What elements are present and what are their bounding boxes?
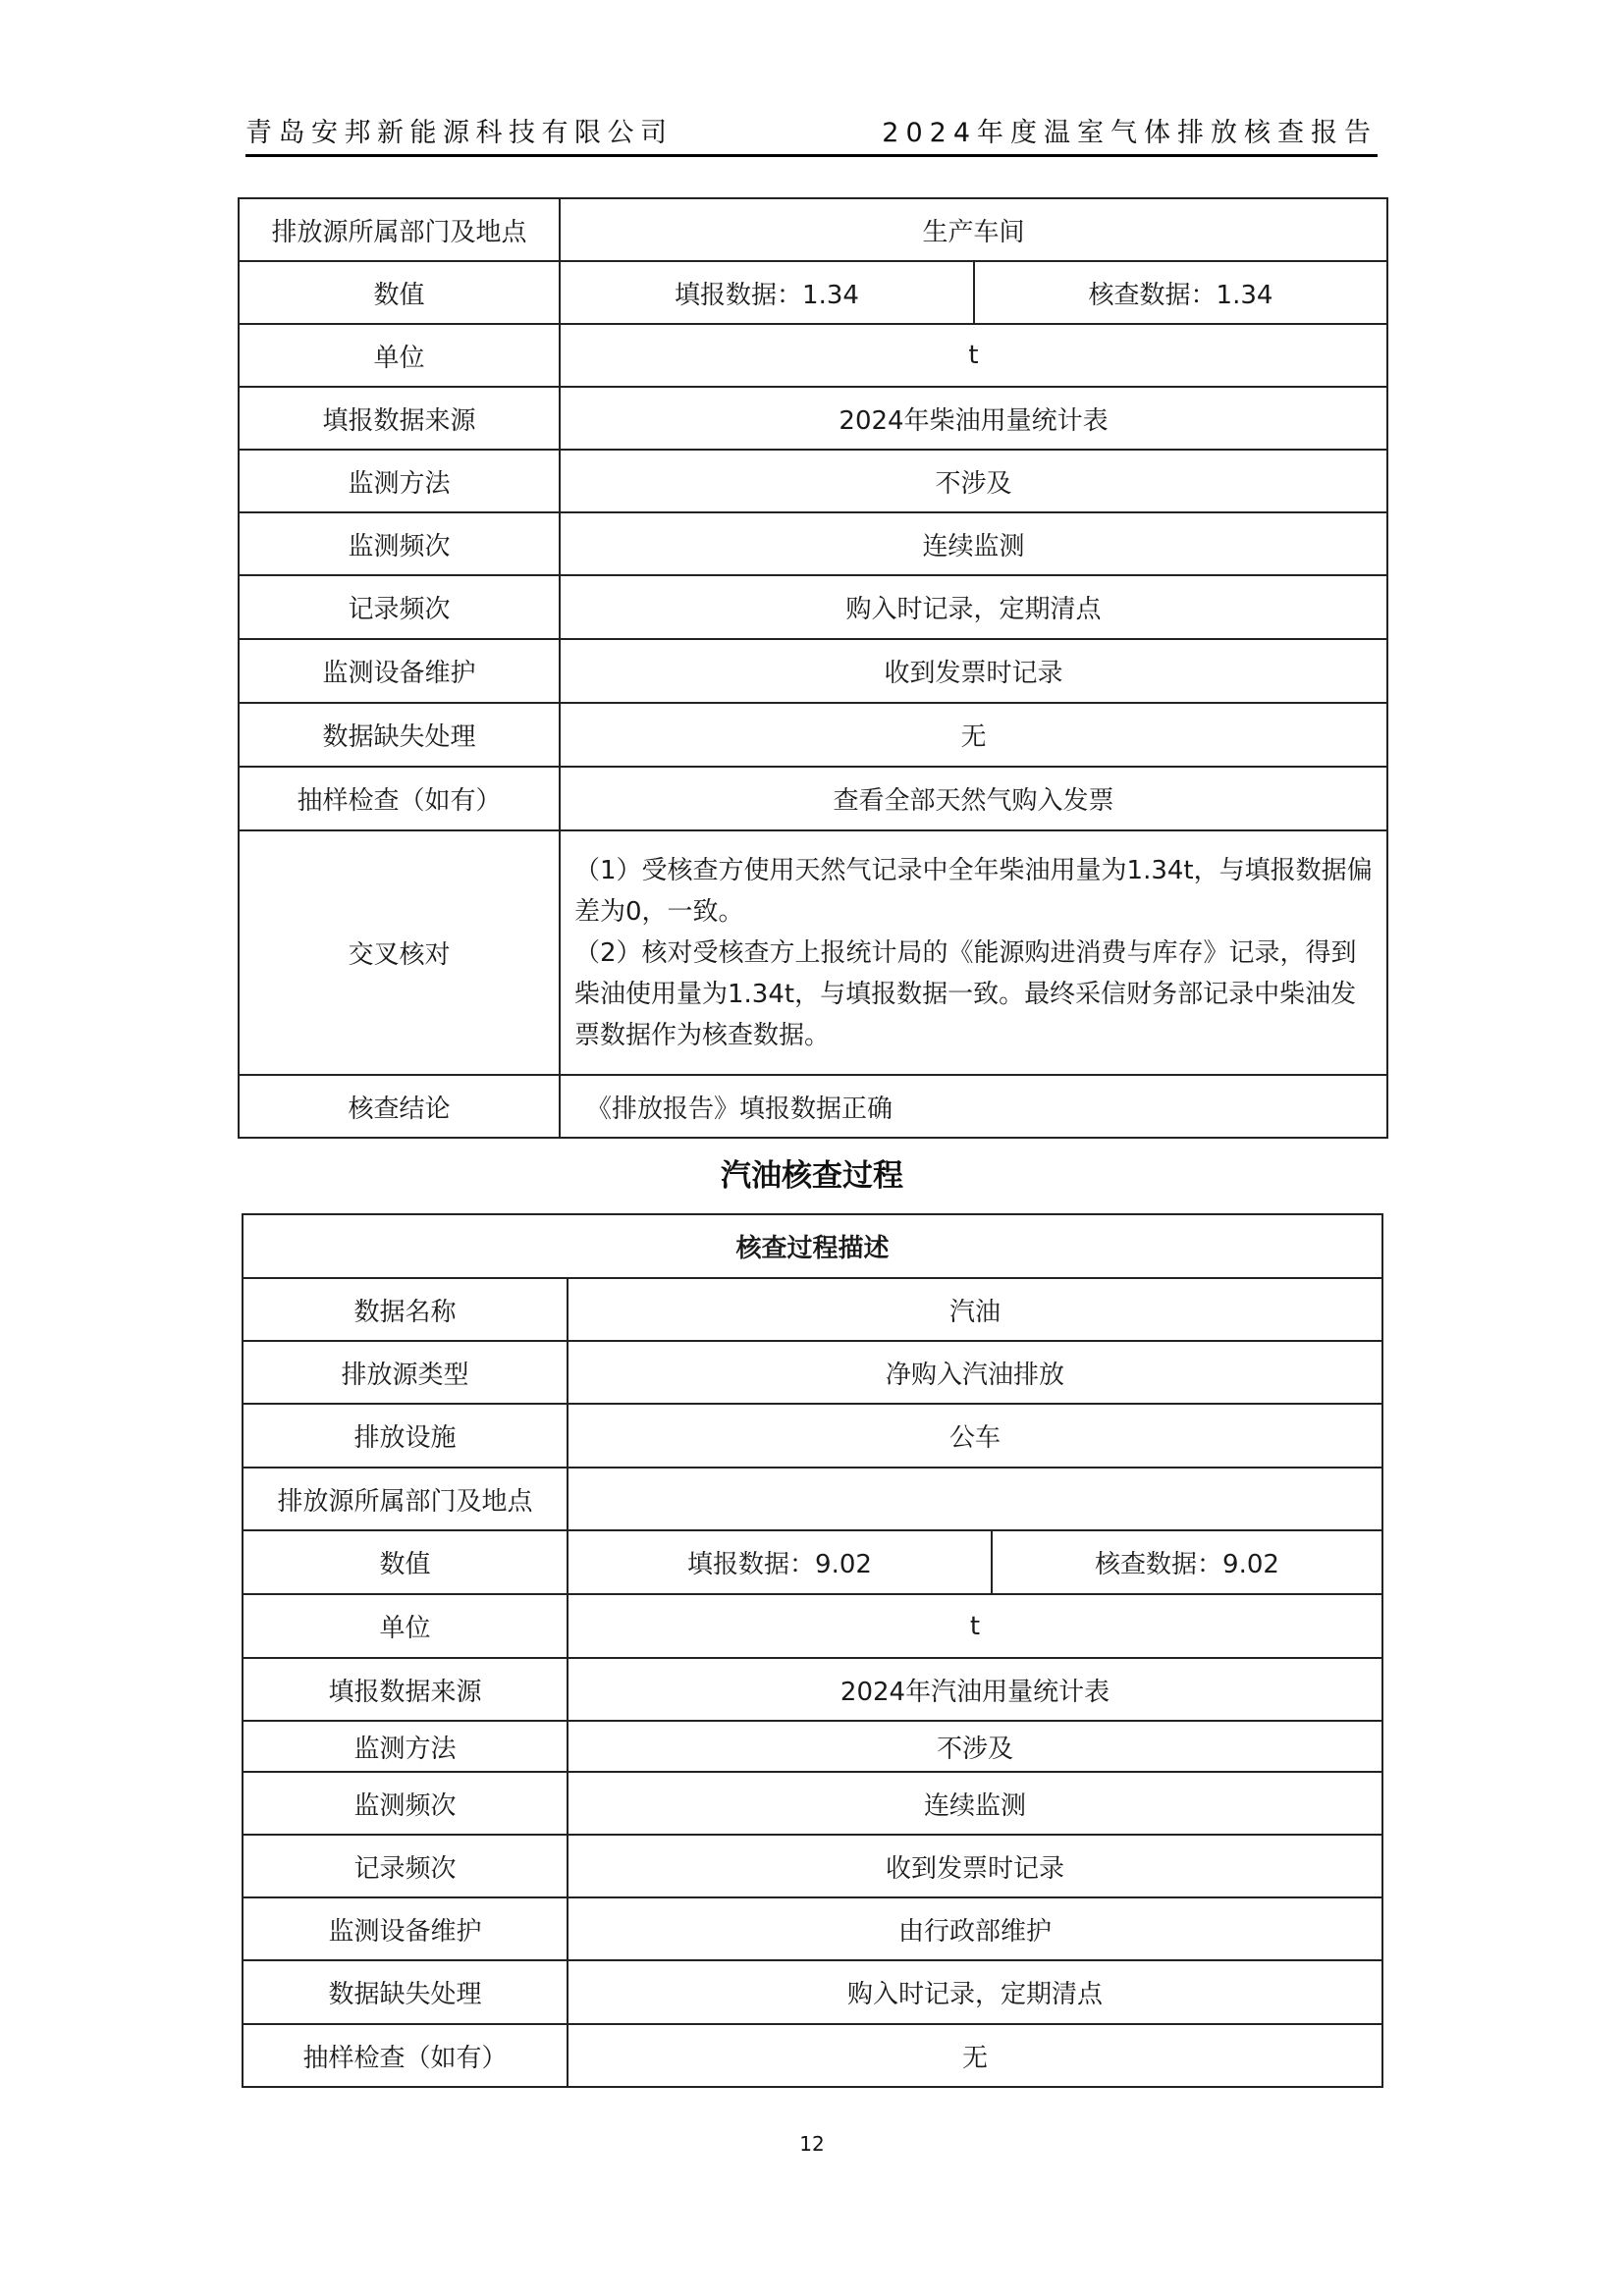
row-label: 单位 xyxy=(243,1594,568,1658)
row-value: 无 xyxy=(568,2024,1382,2087)
row-value: t xyxy=(568,1594,1382,1658)
diesel-verification-table: 排放源所属部门及地点 生产车间 数值 填报数据：1.34 核查数据：1.34 单… xyxy=(238,197,1388,1139)
row-label: 数值 xyxy=(239,261,560,324)
page-header: 青岛安邦新能源科技有限公司 2024年度温室气体排放核查报告 xyxy=(245,114,1378,153)
row-value: 不涉及 xyxy=(568,1721,1382,1772)
reported-value: 填报数据：1.34 xyxy=(560,261,974,324)
row-label: 单位 xyxy=(239,324,560,387)
row-label: 抽样检查（如有） xyxy=(239,767,560,830)
cross-check-text: （1）受核查方使用天然气记录中全年柴油用量为1.34t，与填报数据偏差为0，一致… xyxy=(560,830,1387,1075)
table-header: 核查过程描述 xyxy=(243,1214,1382,1278)
row-label: 监测频次 xyxy=(239,512,560,575)
table-row: 监测设备维护 收到发票时记录 xyxy=(239,639,1387,703)
row-value: 购入时记录，定期清点 xyxy=(560,575,1387,639)
row-value: 汽油 xyxy=(568,1278,1382,1341)
row-value: 生产车间 xyxy=(560,198,1387,261)
row-label: 抽样检查（如有） xyxy=(243,2024,568,2087)
row-value: t xyxy=(560,324,1387,387)
table-row: 排放源类型 净购入汽油排放 xyxy=(243,1341,1382,1404)
row-label: 填报数据来源 xyxy=(243,1658,568,1721)
row-value: 收到发票时记录 xyxy=(568,1835,1382,1897)
row-value: 2024年汽油用量统计表 xyxy=(568,1658,1382,1721)
row-value: 不涉及 xyxy=(560,450,1387,512)
row-label: 数据缺失处理 xyxy=(243,1960,568,2024)
conclusion-value: 《排放报告》填报数据正确 xyxy=(560,1075,1387,1138)
row-label: 排放设施 xyxy=(243,1404,568,1468)
table-row: 数据缺失处理 购入时记录，定期清点 xyxy=(243,1960,1382,2024)
page-number: 12 xyxy=(0,2132,1624,2156)
table-row: 记录频次 收到发票时记录 xyxy=(243,1835,1382,1897)
table-row: 数值 填报数据：9.02 核查数据：9.02 xyxy=(243,1530,1382,1594)
verified-value: 核查数据：9.02 xyxy=(992,1530,1382,1594)
table-row: 抽样检查（如有） 无 xyxy=(243,2024,1382,2087)
row-value: 公车 xyxy=(568,1404,1382,1468)
company-name: 青岛安邦新能源科技有限公司 xyxy=(245,114,674,153)
row-label: 记录频次 xyxy=(239,575,560,639)
row-value: 购入时记录，定期清点 xyxy=(568,1960,1382,2024)
table-row: 核查结论 《排放报告》填报数据正确 xyxy=(239,1075,1387,1138)
row-label: 填报数据来源 xyxy=(239,387,560,450)
row-label: 监测方法 xyxy=(243,1721,568,1772)
verified-value: 核查数据：1.34 xyxy=(974,261,1387,324)
row-value: 净购入汽油排放 xyxy=(568,1341,1382,1404)
table-row: 监测方法 不涉及 xyxy=(243,1721,1382,1772)
table-row: 填报数据来源 2024年汽油用量统计表 xyxy=(243,1658,1382,1721)
table-row-cross-check: 交叉核对 （1）受核查方使用天然气记录中全年柴油用量为1.34t，与填报数据偏差… xyxy=(239,830,1387,1075)
table-row: 数据名称 汽油 xyxy=(243,1278,1382,1341)
row-label: 数据名称 xyxy=(243,1278,568,1341)
table-row: 监测频次 连续监测 xyxy=(243,1772,1382,1835)
report-title: 2024年度温室气体排放核查报告 xyxy=(882,114,1378,153)
cross-check-paragraph-1: （1）受核查方使用天然气记录中全年柴油用量为1.34t，与填报数据偏差为0，一致… xyxy=(574,850,1373,933)
row-value: 由行政部维护 xyxy=(568,1897,1382,1960)
table-row: 排放设施 公车 xyxy=(243,1404,1382,1468)
table-row: 排放源所属部门及地点 生产车间 xyxy=(239,198,1387,261)
row-label: 数据缺失处理 xyxy=(239,703,560,767)
table-row: 单位 t xyxy=(239,324,1387,387)
table-row: 排放源所属部门及地点 xyxy=(243,1468,1382,1530)
row-label: 核查结论 xyxy=(239,1075,560,1138)
row-label: 数值 xyxy=(243,1530,568,1594)
header-rule xyxy=(245,154,1378,157)
row-label: 排放源所属部门及地点 xyxy=(239,198,560,261)
row-label: 排放源类型 xyxy=(243,1341,568,1404)
reported-value: 填报数据：9.02 xyxy=(568,1530,992,1594)
row-value: 连续监测 xyxy=(560,512,1387,575)
cross-check-paragraph-2: （2）核对受核查方上报统计局的《能源购进消费与库存》记录，得到柴油使用量为1.3… xyxy=(574,933,1373,1056)
row-label: 排放源所属部门及地点 xyxy=(243,1468,568,1530)
table-row: 监测方法 不涉及 xyxy=(239,450,1387,512)
row-label: 交叉核对 xyxy=(239,830,560,1075)
table-row: 单位 t xyxy=(243,1594,1382,1658)
row-label: 监测方法 xyxy=(239,450,560,512)
row-value: 无 xyxy=(560,703,1387,767)
row-label: 记录频次 xyxy=(243,1835,568,1897)
table-row: 抽样检查（如有） 查看全部天然气购入发票 xyxy=(239,767,1387,830)
section-title-gasoline: 汽油核查过程 xyxy=(0,1154,1624,1198)
row-value: 查看全部天然气购入发票 xyxy=(560,767,1387,830)
row-value xyxy=(568,1468,1382,1530)
table-row: 数据缺失处理 无 xyxy=(239,703,1387,767)
gasoline-verification-table: 核查过程描述 数据名称 汽油 排放源类型 净购入汽油排放 排放设施 公车 排放源… xyxy=(242,1213,1383,2088)
table-row: 记录频次 购入时记录，定期清点 xyxy=(239,575,1387,639)
table-row: 数值 填报数据：1.34 核查数据：1.34 xyxy=(239,261,1387,324)
row-value: 连续监测 xyxy=(568,1772,1382,1835)
row-label: 监测频次 xyxy=(243,1772,568,1835)
row-label: 监测设备维护 xyxy=(239,639,560,703)
table-row: 监测频次 连续监测 xyxy=(239,512,1387,575)
table-row: 监测设备维护 由行政部维护 xyxy=(243,1897,1382,1960)
row-value: 2024年柴油用量统计表 xyxy=(560,387,1387,450)
row-value: 收到发票时记录 xyxy=(560,639,1387,703)
table-header-row: 核查过程描述 xyxy=(243,1214,1382,1278)
row-label: 监测设备维护 xyxy=(243,1897,568,1960)
table-row: 填报数据来源 2024年柴油用量统计表 xyxy=(239,387,1387,450)
